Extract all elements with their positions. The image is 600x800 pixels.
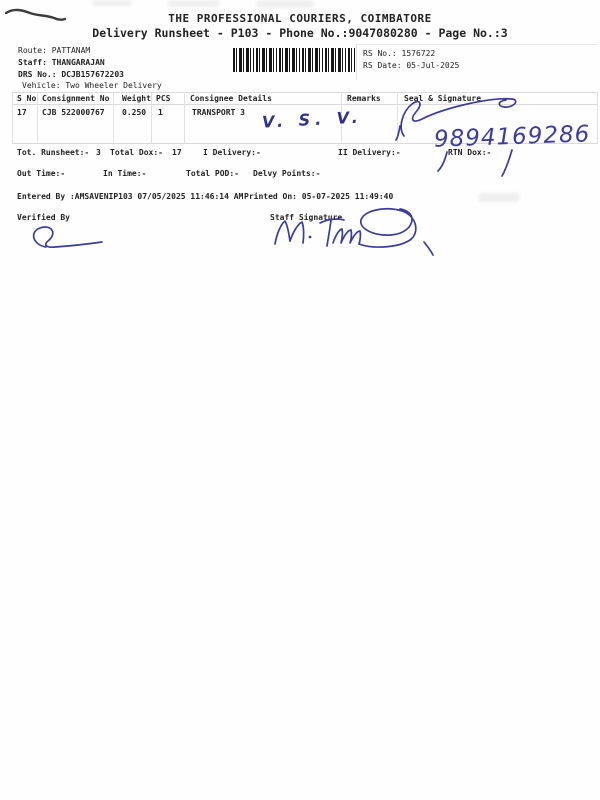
runsheet-barcode xyxy=(233,48,355,72)
table-column-divider xyxy=(184,92,185,143)
scan-smudge xyxy=(92,0,132,6)
entered-by-line: Entered By :AMSAVENIP103 07/05/2025 11:4… xyxy=(17,192,243,201)
total-runsheet-label: Tot. Runsheet:- xyxy=(17,148,89,157)
table-border-top xyxy=(12,92,598,93)
vehicle-line: Vehicle: Two Wheeler Delivery xyxy=(22,81,162,90)
handwritten-consignee-initials: V. S. V. xyxy=(262,107,364,131)
drs-no-line: DRS No.: DCJB157672203 xyxy=(18,70,124,79)
table-column-divider xyxy=(37,92,38,143)
delvy-points-label: Delvy Points:- xyxy=(253,169,320,178)
staff-signature-label: Staff Signature xyxy=(270,213,342,222)
scan-smudge xyxy=(256,0,314,8)
divider xyxy=(356,44,357,80)
document-title: THE PROFESSIONAL COURIERS, COIMBATORE xyxy=(0,13,600,26)
staff-line: Staff: THANGARAJAN xyxy=(18,58,105,67)
i-delivery-label: I Delivery:- xyxy=(203,148,261,157)
cell-pcs: 1 xyxy=(158,108,163,117)
col-header-s-no: S No xyxy=(17,94,36,103)
ii-delivery-label: II Delivery:- xyxy=(338,148,401,157)
document-subtitle: Delivery Runsheet - P103 - Phone No.:904… xyxy=(0,27,600,40)
cell-consignee: TRANSPORT 3 xyxy=(192,108,245,117)
total-dox-label: Total Dox:- xyxy=(110,148,163,157)
route-line: Route: PATTANAM xyxy=(18,46,90,55)
cell-s-no: 17 xyxy=(17,108,27,117)
delivery-runsheet-document: THE PROFESSIONAL COURIERS, COIMBATORE De… xyxy=(0,0,600,800)
col-header-seal-signature: Seal & Signature xyxy=(404,94,481,103)
col-header-remarks: Remarks xyxy=(347,94,381,103)
scan-smudge xyxy=(168,0,220,7)
table-header-underline xyxy=(12,104,598,105)
rs-no-line: RS No.: 1576722 xyxy=(363,49,435,58)
total-pod-label: Total POD:- xyxy=(186,169,239,178)
in-time-label: In Time:- xyxy=(103,169,146,178)
divider xyxy=(356,44,598,45)
col-header-pcs: PCS xyxy=(156,94,170,103)
table-column-divider xyxy=(12,92,13,143)
table-column-divider xyxy=(397,92,398,143)
col-header-consignment-no: Consignment No xyxy=(42,94,109,103)
rs-date-line: RS Date: 05-Jul-2025 xyxy=(363,61,459,70)
out-time-label: Out Time:- xyxy=(17,169,65,178)
cell-consignment-no: CJB 522000767 xyxy=(42,108,105,117)
verified-by-label: Verified By xyxy=(17,213,70,222)
table-column-divider xyxy=(597,92,598,143)
total-runsheet-value: 3 xyxy=(96,148,101,157)
printed-on-line: Printed On: 05-07-2025 11:49:40 xyxy=(244,192,393,201)
rtn-dox-label: RTN Dox:- xyxy=(448,148,491,157)
verified-by-signature xyxy=(34,227,102,247)
col-header-weight: Weight xyxy=(122,94,151,103)
scan-smudge xyxy=(478,193,520,202)
col-header-consignee-details: Consignee Details xyxy=(190,94,272,103)
table-column-divider xyxy=(151,92,152,143)
table-column-divider xyxy=(113,92,114,143)
total-dox-value: 17 xyxy=(172,148,182,157)
cell-weight: 0.250 xyxy=(122,108,146,117)
